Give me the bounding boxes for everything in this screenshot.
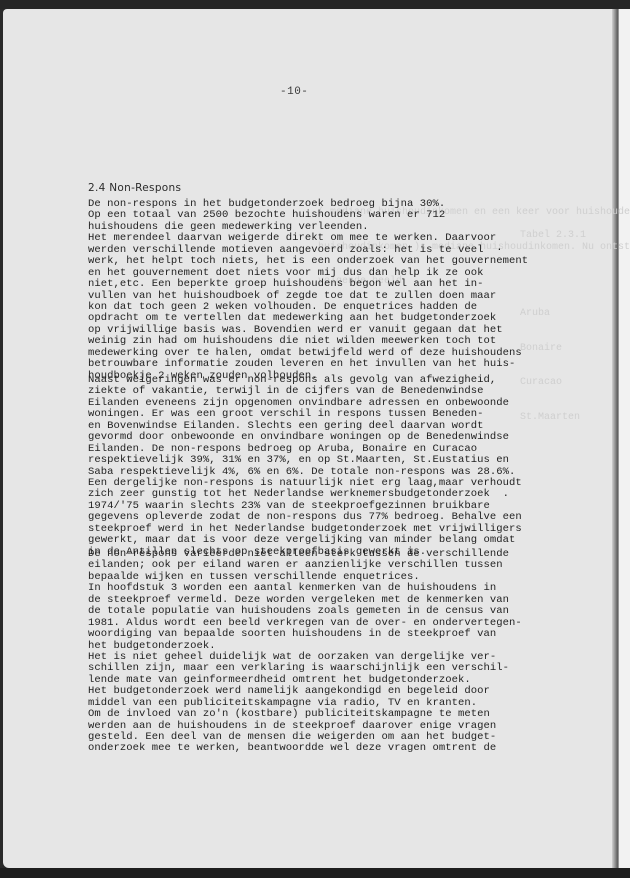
text-line: de totale populatie van huishoudens zoal… [88, 606, 522, 617]
text-line: Om de invloed van zo'n (kostbare) public… [88, 709, 522, 720]
scan-frame-bottom [0, 868, 630, 878]
paragraph-1: De non-respons in het budgetonderzoek be… [88, 199, 528, 382]
paragraph-3: De non-respons varieerde niet alleen ste… [88, 549, 522, 755]
text-line: Het budgetonderzoek werd namelijk aangek… [88, 686, 522, 697]
text-line: woordiging van bepaalde soorten huishoud… [88, 629, 522, 640]
page-edge-shadow [612, 9, 619, 868]
text-line: werk, het helpt toch niets, het is een o… [88, 256, 528, 267]
text-line: gevormd door onbewoonde en onvindbare wo… [88, 432, 522, 443]
section-heading: 2.4 Non-Respons [88, 182, 181, 194]
paragraph-2: Naast weigeringen was er non-respons als… [88, 375, 522, 558]
text-line: gewerkt, maar dat is voor deze vergelijk… [88, 535, 522, 546]
text-line: respektievelijk 39%, 31% en 37%, en op S… [88, 455, 522, 466]
bleed-through-table-label: Tabel 2.3.1 [520, 230, 586, 242]
bleed-through-table: Aruba Bonaire Curacao St.Maarten [520, 285, 580, 435]
text-line: niet,etc. Een beperkte groep huishoudens… [88, 279, 528, 290]
text-line: betrouwbare informatie zouden leveren en… [88, 359, 528, 370]
text-line: onderzoek mee te werken, beantwoordde we… [88, 743, 522, 754]
scan-frame-top [0, 0, 630, 9]
page-number: -10- [280, 86, 308, 98]
text-line: weinig zin had om huishoudens die niet w… [88, 336, 528, 347]
page-edge-strip [619, 9, 630, 868]
text-line: gegevens opleverde zodat de non-respons … [88, 512, 522, 523]
